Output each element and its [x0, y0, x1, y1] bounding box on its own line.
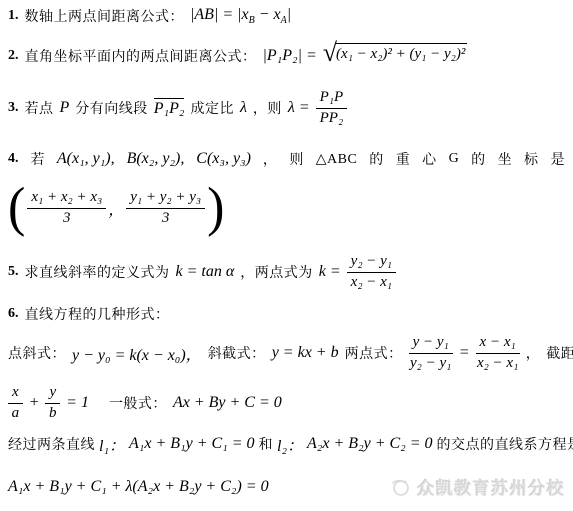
- intersect-text-2: 和: [259, 434, 274, 454]
- item3-text-2: 分有向线段: [75, 98, 148, 118]
- item4-text-4: 重: [396, 149, 411, 169]
- item2-formula-lhs: |P₁P₂| =: [263, 47, 317, 65]
- line-l1-equation: A₁x + B₁y + C₁ = 0: [129, 435, 255, 453]
- slope-intercept-formula: y = kx + b: [272, 344, 339, 362]
- line-family-equation: A₁x + B₁y + C₁ + λ(A₂x + B₂y + C₂) = 0: [8, 472, 269, 502]
- item5-k-eq: k =: [319, 263, 341, 281]
- formula-item-4: 4. 若 A(x₁, y₁), B(x₂, y₂), C(x₃, y₃) ， 则…: [8, 146, 565, 172]
- line-l2-label: l₂：: [277, 433, 303, 456]
- item4-point-c: C(x₃, y₃): [196, 150, 251, 168]
- two-point-fraction-x: x − x₁ x₂ − x₁: [476, 334, 520, 372]
- item4-comma: ，: [263, 149, 278, 169]
- line-equation-forms: 点斜式： y − y₀ = k(x − x₀)， 斜截式： y = kx + b…: [8, 328, 565, 378]
- item3-var-lambda: λ: [240, 99, 247, 117]
- item4-text-9: 是: [550, 149, 565, 169]
- item4-point-b: B(x₂, y₂),: [127, 150, 185, 168]
- formula-item-5: 5. 求直线斜率的定义式为 k = tan α ，两点式为 k = y₂ − y…: [8, 248, 396, 296]
- item4-var-g: G: [449, 151, 460, 167]
- item3-segment: P₁P₂: [154, 98, 185, 118]
- centroid-open-paren: (: [8, 181, 25, 236]
- item1-label: 数轴上两点间距离公式：: [25, 6, 185, 26]
- item5-number: 5.: [8, 264, 19, 280]
- watermark-logo-icon: [390, 476, 412, 498]
- item5-text-1: 求直线斜率的定义式为: [25, 262, 170, 282]
- item6-label: 直线方程的几种形式：: [25, 304, 170, 324]
- formula-item-3: 3. 若点 P 分有向线段 P₁P₂ 成定比 λ ，则 λ = P₁P PP₂: [8, 84, 347, 132]
- item4-text-7: 坐: [498, 149, 513, 169]
- item5-text-2: ，两点式为: [240, 262, 313, 282]
- item6-number: 6.: [8, 306, 19, 322]
- item3-text-1: 若点: [25, 98, 54, 118]
- item4-text-3: 的: [369, 149, 384, 169]
- centroid-fraction-y: y₁ + y₂ + y₃ 3: [126, 189, 205, 227]
- item4-text-1: 若: [30, 149, 45, 169]
- item2-label: 直角坐标平面内的两点间距离公式：: [25, 46, 257, 66]
- radical-sign: √: [323, 40, 337, 66]
- two-point-fraction-y: y − y₁ y₂ − y₁: [409, 334, 453, 372]
- slope-intercept-label: 斜截式：: [208, 343, 266, 363]
- item4-text-5: 心: [422, 149, 437, 169]
- line-l1-label: l₁：: [99, 433, 125, 456]
- general-form-label: 一般式：: [109, 393, 167, 413]
- item2-number: 2.: [8, 48, 19, 64]
- item4-text-2: 则: [289, 149, 304, 169]
- line-l2-equation: A₂x + B₂y + C₂ = 0: [307, 435, 433, 453]
- centroid-coordinates: ( x₁ + x₂ + x₃ 3 ， y₁ + y₂ + y₃ 3 ): [8, 180, 224, 236]
- item4-number: 4.: [8, 151, 19, 167]
- family-equation-formula: A₁x + B₁y + C₁ + λ(A₂x + B₂y + C₂) = 0: [8, 478, 269, 496]
- intercept-label: 截距式：: [546, 343, 573, 363]
- watermark-text: 众凯教育苏州分校: [417, 474, 565, 499]
- formula-item-2: 2. 直角坐标平面内的两点间距离公式： |P₁P₂| = √ (x₁ − x₂)…: [8, 39, 467, 73]
- item2-sqrt: √ (x₁ − x₂)² + (y₁ − y₂)²: [323, 43, 468, 69]
- intercept-fraction-x: x a: [8, 384, 23, 422]
- item5-fraction: y₂ − y₁ x₂ − x₁: [347, 253, 396, 291]
- centroid-fraction-x: x₁ + x₂ + x₃ 3: [27, 189, 106, 227]
- item4-triangle-abc: △ABC: [316, 151, 358, 168]
- item2-radicand: (x₁ − x₂)² + (y₁ − y₂)²: [335, 43, 467, 63]
- centroid-comma: ，: [108, 197, 124, 220]
- item3-var-p: P: [60, 99, 70, 117]
- two-point-equals: =: [459, 344, 470, 362]
- formula-item-1: 1. 数轴上两点间距离公式： |AB| = |xB − xA|: [8, 3, 291, 29]
- item1-number: 1.: [8, 8, 19, 24]
- watermark: 众凯教育苏州分校: [390, 474, 565, 499]
- intercept-general-row: x a + y b = 1 一般式： Ax + By + C = 0: [8, 380, 282, 426]
- item3-lambda-eq: λ =: [288, 99, 310, 117]
- formula-item-6: 6. 直线方程的几种形式：: [8, 302, 170, 326]
- item4-point-a: A(x₁, y₁),: [57, 150, 115, 168]
- item4-text-8: 标: [524, 149, 539, 169]
- point-slope-formula: y − y₀ = k(x − x₀)，: [72, 342, 202, 365]
- two-point-label: 两点式：: [345, 343, 403, 363]
- general-form-formula: Ax + By + C = 0: [173, 394, 282, 412]
- intersect-text-3: 的交点的直线系方程是：: [437, 434, 573, 454]
- item3-number: 3.: [8, 100, 19, 116]
- intersect-text-1: 经过两条直线: [8, 434, 95, 454]
- forms-comma: ，: [526, 343, 541, 363]
- item3-text-4: ，则: [253, 98, 282, 118]
- item3-text-3: 成定比: [190, 98, 234, 118]
- intercept-equals-one: = 1: [66, 394, 89, 412]
- intercept-plus: +: [29, 394, 40, 412]
- intersection-statement: 经过两条直线 l₁： A₁x + B₁y + C₁ = 0 和 l₂： A₂x …: [8, 430, 573, 458]
- item3-fraction: P₁P PP₂: [316, 89, 348, 127]
- intercept-fraction-y: y b: [45, 384, 60, 422]
- page: 1. 数轴上两点间距离公式： |AB| = |xB − xA| 2. 直角坐标平…: [0, 0, 573, 511]
- point-slope-label: 点斜式：: [8, 343, 66, 363]
- item4-text-6: 的: [471, 149, 486, 169]
- item5-definition-formula: k = tan α: [176, 263, 235, 281]
- item1-formula: |AB| = |xB − xA|: [190, 6, 291, 26]
- centroid-close-paren: ): [207, 181, 224, 236]
